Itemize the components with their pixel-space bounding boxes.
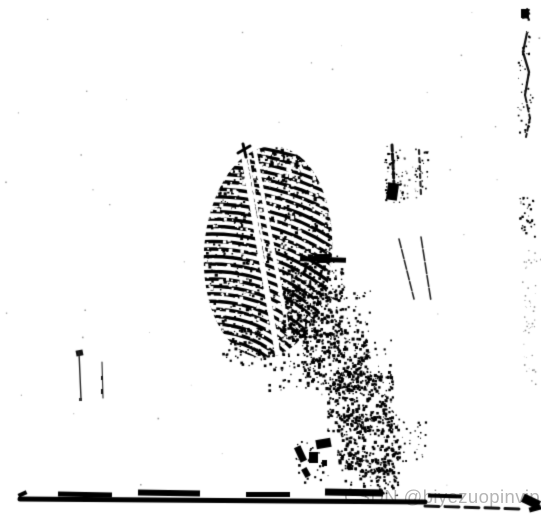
binary-image-canvas [0, 0, 541, 516]
binarized-image: CSDN @biyezuopinvip [0, 0, 541, 516]
